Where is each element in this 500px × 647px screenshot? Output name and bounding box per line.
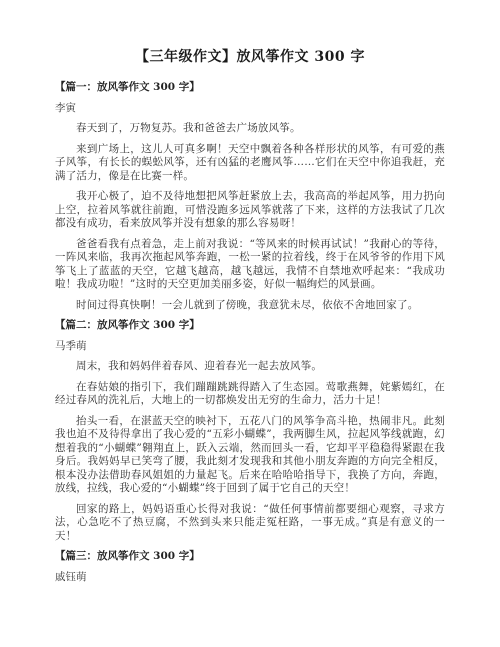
essay-2-paragraph-3: 抬头一看，在湛蓝天空的映衬下，五花八门的风筝争高斗艳，热闹非凡。此刻我也迫不及待… [55,415,445,496]
essay-1-paragraph-4: 爸爸看我有点着急，走上前对我说：“等风来的时候再试试！”我耐心的等待，一阵风来临… [55,238,445,292]
essay-section-2: 【篇二：放风筝作文 300 字】 马季萌 周末，我和妈妈伴着春风、迎着春光一起去… [55,319,445,543]
essay-2-header: 【篇二：放风筝作文 300 字】 [55,319,445,333]
essay-1-paragraph-3: 我开心极了，迫不及待地想把风筝赶紧放上去，我高高的举起风筝，用力扔向上空，拉着风… [55,190,445,231]
essay-section-3: 【篇三：放风筝作文 300 字】 戚钰萌 [55,550,445,584]
essay-2-paragraph-4: 回家的路上，妈妈语重心长得对我说：“做任何事情前都要细心观察，寻求方法，心急吃不… [55,503,445,544]
essay-section-1: 【篇一：放风筝作文 300 字】 李寅 春天到了，万物复苏。我和爸爸去广场放风筝… [55,81,445,312]
essay-3-author: 戚钰萌 [55,571,445,585]
document-title: 【三年级作文】放风筝作文 300 字 [55,48,445,66]
essay-1-paragraph-2: 来到广场上，这儿人可真多啊！天空中飘着各种各样形状的风筝，有可爱的燕子风筝，有长… [55,143,445,184]
essay-1-header: 【篇一：放风筝作文 300 字】 [55,81,445,95]
essay-2-paragraph-1: 周末，我和妈妈伴着春风、迎着春光一起去放风筝。 [55,360,445,374]
essay-1-paragraph-5: 时间过得真快啊！一会儿就到了傍晚，我意犹未尽，依依不舍地回家了。 [55,299,445,313]
document-page: 【三年级作文】放风筝作文 300 字 【篇一：放风筝作文 300 字】 李寅 春… [0,0,500,647]
essay-1-paragraph-1: 春天到了，万物复苏。我和爸爸去广场放风筝。 [55,122,445,136]
essay-2-paragraph-2: 在春姑娘的指引下，我们蹦蹦跳跳得踏入了生态园。莺歌燕舞，姹紫嫣红，在经过春风的洗… [55,381,445,408]
essay-2-author: 马季萌 [55,340,445,354]
essay-3-header: 【篇三：放风筝作文 300 字】 [55,550,445,564]
essay-1-author: 李寅 [55,102,445,116]
